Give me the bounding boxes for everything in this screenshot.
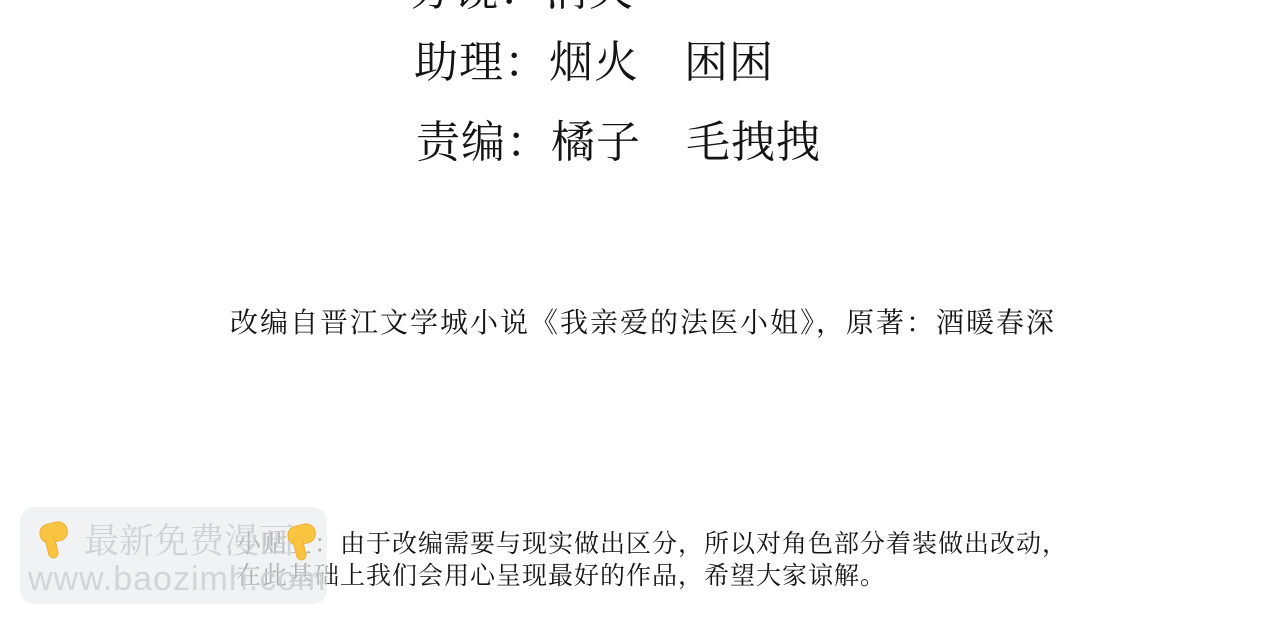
watermark-url: www.baozimh.com xyxy=(28,562,326,596)
watermark-slogan: 最新免费漫画 xyxy=(84,524,294,559)
tip-text-line-1: 小贴士：由于改编需要与现实做出区分，所以对角色部分着装做出改动， xyxy=(236,532,1068,557)
pointing-down-emoji-icon xyxy=(284,521,322,563)
watermark-overlay: 最新免费漫画 www.baozimh.com xyxy=(20,507,327,604)
credit-line-editors: 责编：橘子 毛拽拽 xyxy=(416,121,821,165)
pointing-down-emoji-icon xyxy=(36,519,74,561)
credit-line-assistants: 助理：烟火 困困 xyxy=(414,41,774,85)
comic-credits-page: 分镜：消失 助理：烟火 困困 责编：橘子 毛拽拽 改编自晋江文学城小说《我亲爱的… xyxy=(0,0,1280,622)
adaptation-source-note: 改编自晋江文学城小说《我亲爱的法医小姐》，原著：酒暖春深 xyxy=(230,309,1056,337)
credit-line-storyboard: 分镜：消失 xyxy=(409,0,634,13)
tip-text-line-2: 在此基础上我们会用心呈现最好的作品，希望大家谅解。 xyxy=(236,564,886,589)
